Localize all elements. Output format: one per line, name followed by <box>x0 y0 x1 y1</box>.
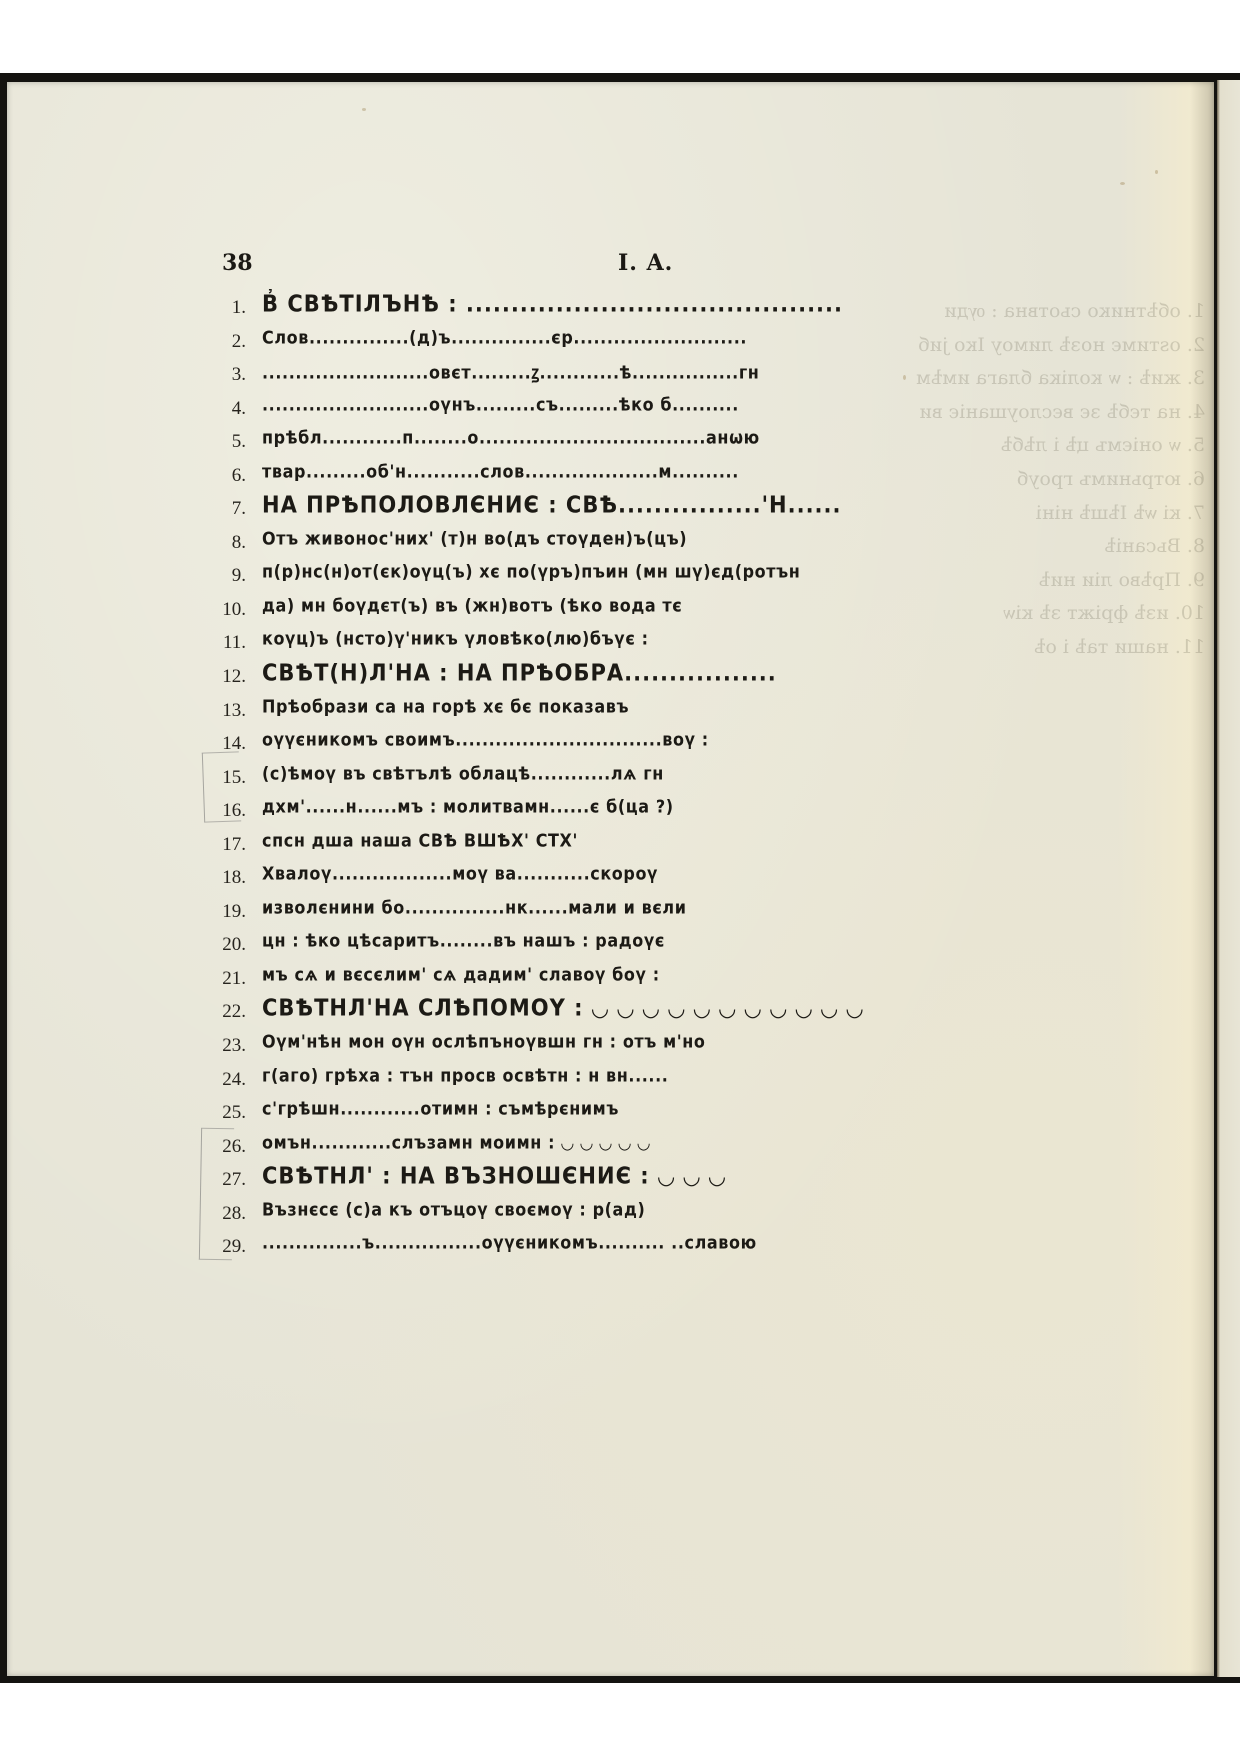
paper-spot <box>362 108 366 111</box>
paper-spot <box>903 375 906 380</box>
text-line: 6.твар.........об'н...........слов......… <box>0 459 800 493</box>
line-text: мъ сѧ и вєсєлим' сѧ дадим' славоү боү : <box>262 964 660 985</box>
line-number: 6. <box>232 465 246 487</box>
line-number: 4. <box>232 398 246 420</box>
text-line: 11.коүц)ъ (нсто)ү'никъ үловѣко(лю)бъүє : <box>0 626 800 660</box>
text-line: 17.спсн дша наша СВѢ ВШѢХ' СТХ' <box>0 828 800 862</box>
paper-spot <box>1120 182 1125 185</box>
text-line: 19.изволєнини бо...............нк......м… <box>0 895 800 929</box>
line-text: Прѣобрази са на горѣ хє бє показавъ <box>262 695 629 716</box>
line-number: 24. <box>222 1069 246 1091</box>
line-number: 9. <box>232 565 246 587</box>
line-number: 2. <box>232 331 246 353</box>
bleed-through-line: 6. ютрьнимъ гроуб <box>845 463 1205 497</box>
bleed-through-text: 1. обѣтнико сьотвна : ѹди2. оsтимє нозѣ … <box>845 295 1205 665</box>
line-text: .........................оүнъ.........съ… <box>262 394 739 415</box>
line-text: омън............слъзамн моимн : ◡ ◡ ◡ ◡ … <box>262 1132 650 1153</box>
line-text: СВѢТ(Н)Л'НА : НА ПРѢОБРА................… <box>262 660 777 686</box>
heading-line: 1.В҆ СВѢТІЛЪНѢ : .......................… <box>0 291 800 325</box>
line-text: с'грѣшн............отимн : съмѣрєнимъ <box>262 1098 619 1119</box>
section-heading: I. A. <box>618 250 673 276</box>
text-line: 20.цн : ѣко цѣсаритъ........въ нашъ : ра… <box>0 928 800 962</box>
line-number: 19. <box>222 901 246 923</box>
line-text: коүц)ъ (нсто)ү'никъ үловѣко(лю)бъүє : <box>262 628 649 649</box>
line-number: 20. <box>222 934 246 956</box>
line-text: г(аго) грѣха : тън просв освѣтн : н вн..… <box>262 1064 668 1085</box>
heading-line: 7.НА ПРѢПОЛОВЛЄНИЄ : СВѢ................… <box>0 492 800 526</box>
line-number: 12. <box>222 666 246 688</box>
heading-line: 22.СВѢТНЛ'НА СЛѢПОМОҮ : ◡ ◡ ◡ ◡ ◡ ◡ ◡ ◡ … <box>0 995 800 1029</box>
text-line: 9.п(р)нс(н)от(єк)оүц(ъ) хє по(үръ)пъин (… <box>0 559 800 593</box>
line-text: НА ПРѢПОЛОВЛЄНИЄ : СВѢ................'Н… <box>262 492 842 518</box>
line-text: Слов...............(д)ъ...............єр… <box>262 326 747 347</box>
bleed-through-line: 10. изѣ фріжт зѣ кіѡ <box>845 597 1205 631</box>
line-number: 22. <box>222 1001 246 1023</box>
line-number: 3. <box>232 364 246 386</box>
bleed-through-line: 7. кі ѡѣ Іѣшѣ ніні <box>845 497 1205 531</box>
bleed-through-line: 11. наши таѣ і оѣ <box>845 631 1205 665</box>
line-text: да) мн боүдєт(ъ) въ (жн)вотъ (ѣко вода т… <box>262 595 682 616</box>
line-text: цн : ѣко цѣсаритъ........въ нашъ : радоү… <box>262 930 665 951</box>
bleed-through-line: 5. ѡ оніємъ цѣ і лѣбѣ <box>845 429 1205 463</box>
line-number: 18. <box>222 867 246 889</box>
text-line: 29................ъ................оүүєн… <box>0 1230 800 1264</box>
line-text: .........................овєт.........ꙁ.… <box>262 360 759 385</box>
line-number: 21. <box>222 968 246 990</box>
text-line: 18.Хвалоү..................моү ва.......… <box>0 861 800 895</box>
line-number: 13. <box>222 700 246 722</box>
text-line: 16.дхм'......н......мъ : молитвамн......… <box>0 794 800 828</box>
line-text: Възнєсє (с)а къ отъцоү своємоү : р(ад) <box>262 1199 645 1220</box>
line-text: твар.........об'н...........слов........… <box>262 461 739 482</box>
line-number: 10. <box>222 599 246 621</box>
pencil-bracket-mark <box>202 751 241 822</box>
text-line: 15.(с)ѣмоү въ свѣтълѣ облацѣ............… <box>0 761 800 795</box>
text-line: 21.мъ сѧ и вєсєлим' сѧ дадим' славоү боү… <box>0 962 800 996</box>
line-number: 25. <box>222 1102 246 1124</box>
line-text: Оүм'нѣн мон оүн ослѣпъноүвшн гн : отъ м'… <box>262 1031 706 1052</box>
bleed-through-line: 9. Прѣво ліи ниѣ <box>845 564 1205 598</box>
text-line: 23.Оүм'нѣн мон оүн ослѣпъноүвшн гн : отъ… <box>0 1029 800 1063</box>
line-text: Хвалоү..................моү ва..........… <box>262 863 658 884</box>
text-line: 28.Възнєсє (с)а къ отъцоү своємоү : р(ад… <box>0 1197 800 1231</box>
text-line: 26.омън............слъзамн моимн : ◡ ◡ ◡… <box>0 1130 800 1164</box>
line-text: прѣбл............п........о.............… <box>262 427 760 448</box>
text-line: 13.Прѣобрази са на горѣ хє бє показавъ <box>0 694 800 728</box>
pencil-bracket-mark <box>199 1128 234 1261</box>
text-line: 14.оүүєникомъ своимъ....................… <box>0 727 800 761</box>
line-text: п(р)нс(н)от(єк)оүц(ъ) хє по(үръ)пъин (мн… <box>262 561 800 582</box>
bleed-through-line: 4. на тєбѣ зє вєслоушаніє ви <box>845 396 1205 430</box>
line-text: (с)ѣмоү въ свѣтълѣ облацѣ............лѧ … <box>262 763 664 784</box>
bleed-through-line: 2. оsтимє нозѣ лимоу Іко јиб <box>845 329 1205 363</box>
text-line: 2.Слов...............(д)ъ...............… <box>0 325 800 359</box>
line-text: СВѢТНЛ' : НА ВЪЗНОШЄНИЄ : ◡ ◡ ◡ <box>262 1163 726 1189</box>
line-number: 5. <box>232 431 246 453</box>
line-number: 11. <box>223 632 246 654</box>
line-number: 17. <box>222 834 246 856</box>
line-text: СВѢТНЛ'НА СЛѢПОМОҮ : ◡ ◡ ◡ ◡ ◡ ◡ ◡ ◡ ◡ ◡… <box>262 995 864 1021</box>
page-number: 38 <box>222 250 253 276</box>
text-line: 8.Отъ живонос'них' (т)н во(дъ стоүден)ъ(… <box>0 526 800 560</box>
heading-line: 12.СВѢТ(Н)Л'НА : НА ПРѢОБРА.............… <box>0 660 800 694</box>
bleed-through-line: 1. обѣтнико сьотвна : ѹди <box>845 295 1205 329</box>
line-text: ...............ъ................оүүєнико… <box>262 1232 757 1253</box>
paper-spot <box>1155 170 1158 174</box>
line-number: 7. <box>232 498 246 520</box>
text-line: 4..........................оүнъ.........… <box>0 392 800 426</box>
text-line: 10.да) мн боүдєт(ъ) въ (жн)вотъ (ѣко вод… <box>0 593 800 627</box>
text-line: 25.с'грѣшн............отимн : съмѣрєнимъ <box>0 1096 800 1130</box>
text-line: 3..........................овєт.........… <box>0 358 800 392</box>
line-number: 8. <box>232 532 246 554</box>
transcription-lines: 1.В҆ СВѢТІЛЪНѢ : .......................… <box>0 291 800 1264</box>
line-text: дхм'......н......мъ : молитвамн......є б… <box>262 796 674 817</box>
line-number: 23. <box>222 1035 246 1057</box>
bleed-through-line: 8. Вьсаніѣ <box>845 530 1205 564</box>
heading-line: 27.СВѢТНЛ' : НА ВЪЗНОШЄНИЄ : ◡ ◡ ◡ <box>0 1163 800 1197</box>
bleed-through-line: 3. жиѣ : ѡ коліка блага имѣм <box>845 362 1205 396</box>
line-text: В҆ СВѢТІЛЪНѢ : .........................… <box>262 291 843 317</box>
line-text: спсн дша наша СВѢ ВШѢХ' СТХ' <box>262 830 578 851</box>
line-text: изволєнини бо...............нк......мали… <box>262 897 687 918</box>
text-line: 24.г(аго) грѣха : тън просв освѣтн : н в… <box>0 1063 800 1097</box>
line-text: оүүєникомъ своимъ.......................… <box>262 729 709 750</box>
line-number: 1. <box>232 297 246 319</box>
text-line: 5.прѣбл............п........о...........… <box>0 425 800 459</box>
line-text: Отъ живонос'них' (т)н во(дъ стоүден)ъ(цъ… <box>262 528 687 549</box>
adjacent-page-edge <box>1217 80 1240 1677</box>
